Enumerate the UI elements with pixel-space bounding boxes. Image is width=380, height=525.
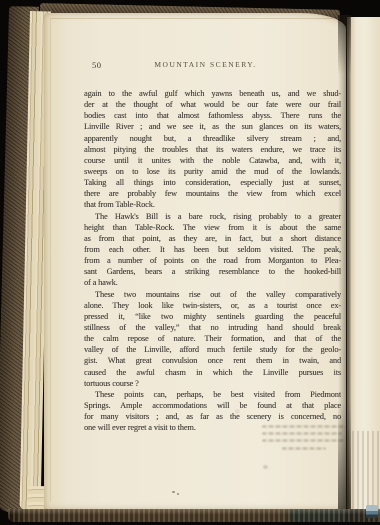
text-line: tortuous course ? — [84, 378, 341, 389]
text-line: valley of the Linville, afford much fert… — [84, 344, 341, 355]
text-line: as from that point, as they are, in fact… — [84, 233, 341, 244]
text-line: there are probably few mountains the vie… — [84, 188, 341, 199]
text-line: of a hawk. — [84, 277, 341, 288]
text-line: Springs. Ample accommodations will be fo… — [84, 400, 341, 411]
bleed-through-line — [262, 425, 346, 428]
text-line: Linville River ; and we see it, as the s… — [84, 121, 341, 132]
text-line: These two mountains rise out of the vall… — [84, 289, 341, 300]
background-object — [366, 505, 378, 518]
paper-speck — [172, 491, 175, 493]
text-line: These points can, perhaps, be best visit… — [84, 389, 341, 400]
text-line: sweeps on to lose its purity amid the mu… — [84, 166, 341, 177]
text-line: sant Gardens, bears a striking resemblan… — [84, 266, 341, 277]
bleed-through-line — [262, 432, 342, 435]
text-line: the calm repose of nature. Their formati… — [84, 333, 341, 344]
paper-blemish — [263, 465, 268, 469]
text-line: from each other. It has been but seldom … — [84, 244, 341, 255]
text-block: again to the awful gulf which yawns bene… — [84, 88, 341, 433]
text-line: The Hawk's Bill is a bare rock, rising p… — [84, 211, 341, 222]
paragraph: again to the awful gulf which yawns bene… — [84, 88, 341, 211]
text-line: that from Table-Rock. — [84, 199, 341, 210]
book-page: 50 MOUNTAIN SCENERY. again to the awful … — [44, 13, 346, 511]
text-line: Taking all things into consideration, es… — [84, 177, 341, 188]
bleed-through-text — [262, 425, 346, 461]
page-header: 50 MOUNTAIN SCENERY. — [84, 60, 341, 71]
paragraph: These two mountains rise out of the vall… — [84, 289, 341, 389]
next-page-fore-edge — [347, 17, 380, 509]
text-line: caused the awful chasm in which the Linv… — [84, 367, 341, 378]
bleed-through-line — [262, 439, 345, 442]
bleed-through-line — [282, 447, 326, 450]
text-line: height than Table-Rock. The view from it… — [84, 222, 341, 233]
text-line: stillness of the valley,” that no intrud… — [84, 322, 341, 333]
book-bottom-edge — [8, 509, 380, 522]
text-line: der at the thought of what would be our … — [84, 99, 341, 110]
text-line: gist. What great convulsion once rent th… — [84, 355, 341, 366]
text-line: almost pitying the troubles that its wat… — [84, 144, 341, 155]
text-line: alone. They look like twin-sisters, or, … — [84, 300, 341, 311]
page-number: 50 — [92, 60, 102, 70]
running-head: MOUNTAIN SCENERY. — [84, 60, 341, 69]
text-line: bodies cast into that almost fathomless … — [84, 110, 341, 121]
text-line: for many visitors ; and, as far as the s… — [84, 411, 341, 422]
page-content: 50 MOUNTAIN SCENERY. again to the awful … — [84, 60, 341, 433]
text-line: again to the awful gulf which yawns bene… — [84, 88, 341, 99]
text-line: from a number of points on the road from… — [84, 255, 341, 266]
text-line: apparently nought but, a threadlike silv… — [84, 133, 341, 144]
text-line: pressed it, “like two mighty sentinels g… — [84, 311, 341, 322]
scanned-book-photo: 50 MOUNTAIN SCENERY. again to the awful … — [0, 0, 380, 525]
text-line: course until it unites with the noble Ca… — [84, 155, 341, 166]
paper-speck — [177, 493, 179, 495]
paragraph: The Hawk's Bill is a bare rock, rising p… — [84, 211, 341, 289]
